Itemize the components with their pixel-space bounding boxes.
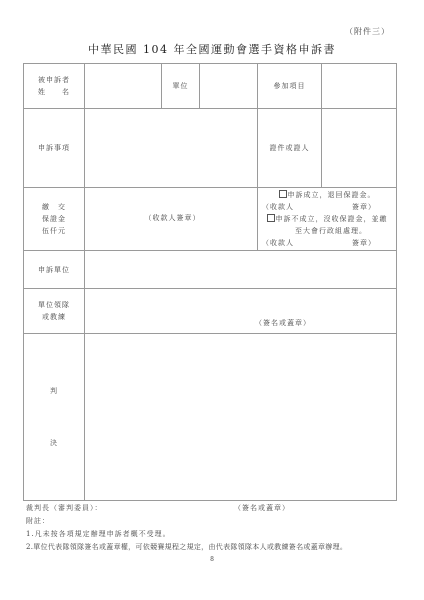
respondent-name-field[interactable] (85, 64, 162, 109)
event-label: 參加項目 (258, 64, 322, 109)
leader-coach-label: 單位領隊 或教練 (24, 289, 85, 334)
deposit-label: 繳 交 保證金 伍仟元 (24, 188, 85, 251)
sign-or-seal-label: （簽名或蓋章） (85, 317, 396, 333)
verdict-field[interactable] (85, 334, 397, 501)
unit-field[interactable] (200, 64, 258, 109)
page-number: 8 (0, 556, 424, 563)
unit-label: 單位 (162, 64, 200, 109)
annex-label: （附件三） (345, 26, 390, 37)
receiver-sign-label: （收款人簽章） (85, 212, 257, 226)
checkbox-icon[interactable] (267, 214, 275, 222)
evidence-label: 證件或證人 (258, 109, 322, 188)
checkbox-icon[interactable] (279, 190, 287, 198)
leader-coach-field[interactable]: （簽名或蓋章） (85, 289, 397, 334)
referee-label: 裁判長（審判委員）： (26, 503, 103, 513)
complainant-unit-label: 申訴單位 (24, 251, 85, 289)
event-field[interactable] (322, 64, 397, 109)
deposit-outcome-options: 申訴成立，退回保證金。 （收款人簽章） 申訴不成立，沒收保證金，並繳 至大會行政… (258, 188, 397, 251)
note-1: 1.凡未按各項規定辦理申訴者概不受理。 (26, 529, 171, 539)
complaint-form-table: 被申訴者 姓 名 單位 參加項目 申訴事項 證件或證人 繳 交 保證金 伍仟元 … (23, 63, 397, 501)
complainant-unit-field[interactable] (85, 251, 397, 289)
option-upheld[interactable]: 申訴成立，退回保證金。 (258, 189, 396, 201)
referee-sign-label: （簽名或蓋章） (234, 503, 290, 513)
notes-label: 附註： (26, 516, 50, 526)
evidence-field[interactable] (322, 109, 397, 188)
verdict-label: 判 決 (24, 334, 85, 501)
page-title: 中華民國 104 年全國運動會選手資格申訴書 (0, 41, 424, 57)
option-rejected[interactable]: 申訴不成立，沒收保證金，並繳 (258, 213, 396, 225)
complaint-matter-label: 申訴事項 (24, 109, 85, 188)
deposit-receiver-field[interactable]: （收款人簽章） (85, 188, 258, 251)
complaint-matter-field[interactable] (85, 109, 258, 188)
respondent-name-label: 被申訴者 姓 名 (24, 64, 85, 109)
note-2: 2.單位代表隊領隊簽名或蓋章權，可依競賽規程之規定，由代表隊領隊本人或教練簽名或… (26, 542, 347, 552)
